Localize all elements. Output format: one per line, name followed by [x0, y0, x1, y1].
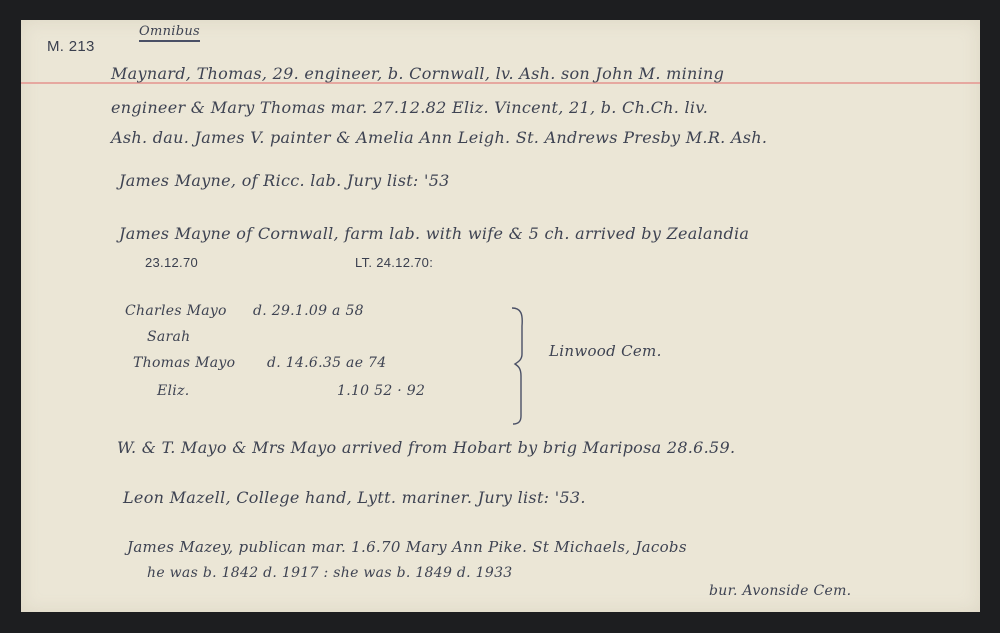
entry-maynard-line3: Ash. dau. James V. painter & Amelia Ann …	[111, 130, 767, 146]
mayo-row-name: Thomas Mayo	[133, 356, 235, 370]
entry-mayne-cornwall-line1: James Mayne of Cornwall, farm lab. with …	[119, 226, 749, 242]
entry-maynard-line2: engineer & Mary Thomas mar. 27.12.82 Eli…	[111, 100, 708, 116]
entry-maynard-line1: Maynard, Thomas, 29. engineer, b. Cornwa…	[111, 66, 724, 82]
entry-mayne-cornwall-date-right: LT. 24.12.70:	[355, 256, 433, 269]
entry-mayo-arrival: W. & T. Mayo & Mrs Mayo arrived from Hob…	[117, 440, 735, 456]
entry-mazey-line3: bur. Avonside Cem.	[709, 584, 851, 598]
mayo-row-details: d. 14.6.35 ae 74	[267, 356, 386, 370]
mayo-row-details: 1.10 52 · 92	[337, 384, 425, 398]
mayo-row-name: Eliz.	[157, 384, 190, 398]
card-heading: Omnibus	[139, 25, 200, 42]
mayo-bracket-note: Linwood Cem.	[549, 344, 662, 359]
entry-mayne-jury: James Mayne, of Ricc. lab. Jury list: '5…	[119, 173, 450, 189]
entry-mazey-line1: James Mazey, publican mar. 1.6.70 Mary A…	[127, 540, 687, 555]
entry-mazey-line2: he was b. 1842 d. 1917 : she was b. 1849…	[147, 566, 513, 580]
mayo-row-name: Sarah	[147, 330, 191, 344]
index-card: M. 213 Omnibus Maynard, Thomas, 29. engi…	[21, 20, 980, 612]
mayo-row-details: d. 29.1.09 a 58	[253, 304, 364, 318]
entry-mazell: Leon Mazell, College hand, Lytt. mariner…	[123, 490, 586, 506]
mayo-row-name: Charles Mayo	[125, 304, 227, 318]
card-reference: M. 213	[47, 39, 95, 54]
curly-brace-icon	[511, 306, 529, 426]
entry-mayne-cornwall-date-left: 23.12.70	[145, 256, 198, 269]
